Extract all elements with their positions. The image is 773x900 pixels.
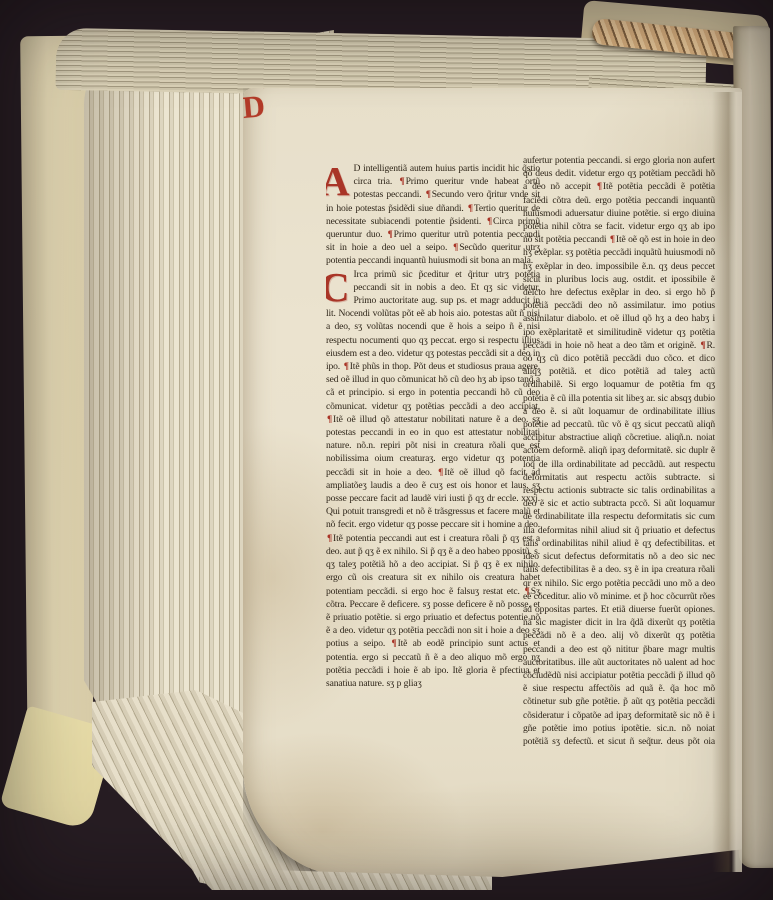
text-column-right: aufertur potentia peccandi. si ergo glor… [523,154,715,748]
rubric-paragraph-mark: ¶ [467,203,474,214]
headline-letter: D [241,88,266,125]
rubric-paragraph-mark: ¶ [699,340,706,351]
rubric-paragraph-mark: ¶ [609,234,616,245]
text-block: CIrca primũ sic p̃ceditur et q̃ritur utr… [326,268,540,691]
rubric-paragraph-mark: ¶ [596,181,603,192]
page-gutter-shadow [712,92,742,872]
rubric-paragraph-mark: ¶ [391,638,398,649]
rubric-paragraph-mark: ¶ [326,414,333,425]
rubric-drop-cap: A [326,162,353,198]
left-cover-edge [20,36,94,773]
rubric-paragraph-mark: ¶ [452,242,459,253]
rubric-paragraph-mark: ¶ [486,216,493,227]
rubric-paragraph-mark: ¶ [326,533,333,544]
rubric-headline-letter: D [241,86,291,140]
text-block: AD intelligentiã autem huius partis inci… [326,162,540,268]
text-block: aufertur potentia peccandi. si ergo glor… [523,154,715,748]
rubric-paragraph-mark: ¶ [343,361,350,372]
rubric-paragraph-mark: ¶ [399,176,406,187]
book-page: D AD intelligentiã autem huius partis in… [243,88,742,877]
rubric-paragraph-mark: ¶ [437,467,444,478]
rubric-paragraph-mark: ¶ [387,229,394,240]
rubric-paragraph-mark: ¶ [425,189,432,200]
text-column-left: AD intelligentiã autem huius partis inci… [326,162,540,746]
rubric-drop-cap: C [326,268,353,304]
